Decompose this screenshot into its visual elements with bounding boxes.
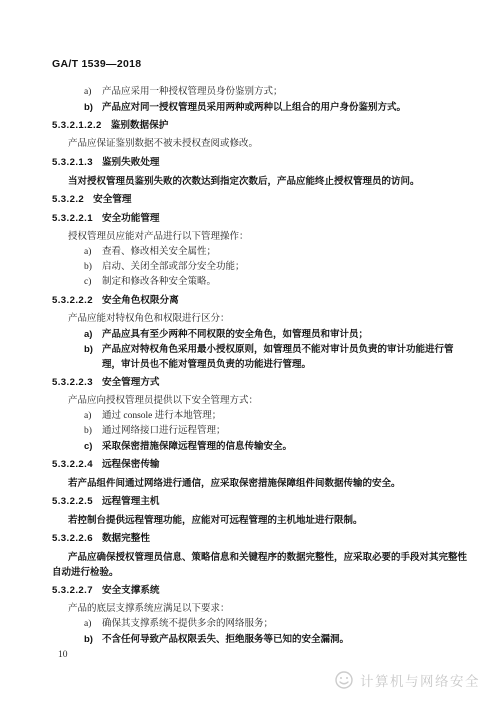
section-title: 远程管理主机 (102, 496, 160, 507)
section-number: 5.3.2.1.3 (52, 157, 93, 168)
section-number: 5.3.2.2.1 (52, 213, 93, 224)
list-item: a)查看、修改相关安全属性； (84, 245, 467, 260)
list-item: b)产品应对同一授权管理员采用两种或两种以上组合的用户身份鉴别方式。 (84, 100, 467, 115)
list-item-marker: a) (84, 327, 102, 342)
section-title: 鉴别数据保护 (111, 120, 169, 131)
requirement-list: a)产品应采用一种授权管理员身份鉴别方式；b)产品应对同一授权管理员采用两种或两… (84, 85, 467, 115)
list-item: a)产品应具有至少两种不同权限的安全角色，如管理员和审计员； (84, 327, 467, 342)
list-item-text: 确保其支撑系统不提供多余的网络服务； (102, 617, 467, 632)
list-item: a)产品应采用一种授权管理员身份鉴别方式； (84, 85, 467, 100)
section-heading: 5.3.2.2.6数据完整性 (52, 531, 467, 546)
section-number: 5.3.2.1.2.2 (52, 120, 102, 131)
section-title: 远程保密传输 (102, 459, 160, 470)
page-number: 10 (58, 648, 467, 663)
section-heading: 5.3.2.1.3鉴别失败处理 (52, 155, 467, 170)
list-item: a)通过 console 进行本地管理； (84, 409, 467, 424)
section-heading: 5.3.2.2.5远程管理主机 (52, 494, 467, 509)
list-item-marker: a) (84, 245, 102, 260)
standard-number-header: GA/T 1539—2018 (52, 57, 467, 72)
list-item-text: 产品应对同一授权管理员采用两种或两种以上组合的用户身份鉴别方式。 (102, 100, 467, 115)
smiley-logo-icon (334, 670, 354, 690)
section-number: 5.3.2.2.6 (52, 533, 93, 544)
list-item-text: 产品应采用一种授权管理员身份鉴别方式； (102, 85, 467, 100)
paragraph: 产品应能对特权角色和权限进行区分： (52, 312, 467, 327)
section-title: 安全管理 (93, 194, 131, 205)
list-item: b)启动、关闭全部或部分安全功能； (84, 260, 467, 275)
section-number: 5.3.2.2.4 (52, 459, 93, 470)
section-title: 安全功能管理 (102, 213, 160, 224)
list-item-text: 启动、关闭全部或部分安全功能； (102, 260, 467, 275)
paragraph: 产品应向授权管理员提供以下安全管理方式： (52, 394, 467, 409)
section-title: 安全支撑系统 (102, 585, 160, 596)
section-title: 安全管理方式 (102, 377, 160, 388)
list-item-marker: b) (84, 260, 102, 275)
paragraph: 产品的底层支撑系统应满足以下要求： (52, 602, 467, 617)
list-item-marker: a) (84, 85, 102, 100)
list-item-text: 通过网络接口进行远程管理； (102, 424, 467, 439)
section-heading: 5.3.2.2.4远程保密传输 (52, 457, 467, 472)
paragraph: 若产品组件间通过网络进行通信，应采取保密措施保障组件间数据传输的安全。 (52, 476, 467, 491)
section-heading: 5.3.2.2安全管理 (52, 192, 467, 207)
list-item-marker: c) (84, 439, 102, 454)
requirement-list: a)产品应具有至少两种不同权限的安全角色，如管理员和审计员；b)产品应对特权角色… (84, 327, 467, 372)
requirement-list: a)通过 console 进行本地管理；b)通过网络接口进行远程管理；c)采取保… (84, 409, 467, 454)
section-number: 5.3.2.2 (52, 194, 84, 205)
paragraph: 产品应确保授权管理员信息、策略信息和关键程序的数据完整性，应采取必要的手段对其完… (52, 550, 467, 580)
section-number: 5.3.2.2.2 (52, 295, 93, 306)
watermark: 计算机与网络安全 (334, 670, 480, 690)
list-item-text: 产品应具有至少两种不同权限的安全角色，如管理员和审计员； (102, 327, 467, 342)
document-page: GA/T 1539—2018 a)产品应采用一种授权管理员身份鉴别方式；b)产品… (0, 0, 500, 707)
list-item-marker: a) (84, 617, 102, 632)
list-item-marker: b) (84, 342, 102, 372)
requirement-list: a)查看、修改相关安全属性；b)启动、关闭全部或部分安全功能；c)制定和修改各种… (84, 245, 467, 290)
paragraph: 产品应保证鉴别数据不被未授权查阅或修改。 (52, 137, 467, 152)
list-item-marker: b) (84, 632, 102, 647)
requirement-list: a)确保其支撑系统不提供多余的网络服务；b)不含任何导致产品权限丢失、拒绝服务等… (84, 617, 467, 647)
section-title: 鉴别失败处理 (102, 157, 160, 168)
section-title: 安全角色权限分离 (102, 295, 179, 306)
list-item: b)通过网络接口进行远程管理； (84, 424, 467, 439)
list-item: a)确保其支撑系统不提供多余的网络服务； (84, 617, 467, 632)
section-heading: 5.3.2.1.2.2鉴别数据保护 (52, 118, 467, 133)
list-item-marker: b) (84, 100, 102, 115)
section-number: 5.3.2.2.7 (52, 585, 93, 596)
list-item-text: 产品应对特权角色采用最小授权原则，如管理员不能对审计员负责的审计功能进行管理，审… (102, 342, 467, 372)
list-item-text: 查看、修改相关安全属性； (102, 245, 467, 260)
watermark-label: 计算机与网络安全 (360, 670, 480, 690)
section-heading: 5.3.2.2.2安全角色权限分离 (52, 293, 467, 308)
list-item-text: 通过 console 进行本地管理； (102, 409, 467, 424)
document-content: a)产品应采用一种授权管理员身份鉴别方式；b)产品应对同一授权管理员采用两种或两… (52, 85, 467, 647)
list-item-text: 采取保密措施保障远程管理的信息传输安全。 (102, 439, 467, 454)
paragraph: 授权管理员应能对产品进行以下管理操作： (52, 230, 467, 245)
section-number: 5.3.2.2.3 (52, 377, 93, 388)
section-title: 数据完整性 (102, 533, 150, 544)
section-heading: 5.3.2.2.7安全支撑系统 (52, 583, 467, 598)
list-item-marker: c) (84, 275, 102, 290)
paragraph: 若控制台提供远程管理功能，应能对可远程管理的主机地址进行限制。 (52, 513, 467, 528)
list-item: b)产品应对特权角色采用最小授权原则，如管理员不能对审计员负责的审计功能进行管理… (84, 342, 467, 372)
section-heading: 5.3.2.2.1安全功能管理 (52, 211, 467, 226)
list-item: b)不含任何导致产品权限丢失、拒绝服务等已知的安全漏洞。 (84, 632, 467, 647)
section-number: 5.3.2.2.5 (52, 496, 93, 507)
list-item-marker: b) (84, 424, 102, 439)
list-item: c)采取保密措施保障远程管理的信息传输安全。 (84, 439, 467, 454)
list-item-text: 不含任何导致产品权限丢失、拒绝服务等已知的安全漏洞。 (102, 632, 467, 647)
list-item: c)制定和修改各种安全策略。 (84, 275, 467, 290)
paragraph: 当对授权管理员鉴别失败的次数达到指定次数后，产品应能终止授权管理员的访问。 (52, 174, 467, 189)
list-item-marker: a) (84, 409, 102, 424)
list-item-text: 制定和修改各种安全策略。 (102, 275, 467, 290)
section-heading: 5.3.2.2.3安全管理方式 (52, 375, 467, 390)
